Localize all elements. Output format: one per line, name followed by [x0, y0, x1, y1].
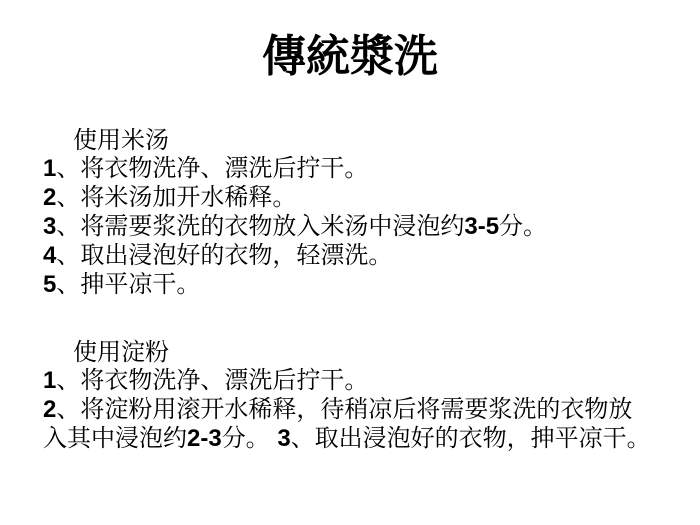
text-line: 2、将米汤加开水稀释。	[43, 183, 683, 212]
bold-number: 2	[43, 184, 56, 211]
text-segment: 分。	[499, 212, 547, 240]
bold-number: 3	[43, 213, 56, 240]
text-line: 5、抻平凉干。	[43, 270, 683, 299]
section-heading: 使用米汤	[43, 126, 683, 154]
text-segment: 、取出浸泡好的衣物，抻平凉干。	[291, 424, 651, 452]
bold-number: 3-5	[464, 213, 499, 240]
text-segment: 、将需要浆洗的衣物放入米汤中浸泡约	[56, 212, 464, 240]
bold-number: 3	[277, 425, 290, 452]
section-2: 使用淀粉1、将衣物洗净、漂洗后拧干。2、将淀粉用滚开水稀释，待稍凉后将需要浆洗的…	[43, 338, 683, 453]
text-line: 1、将衣物洗净、漂洗后拧干。	[43, 366, 683, 395]
slide: 傳統漿洗 使用米汤1、将衣物洗净、漂洗后拧干。2、将米汤加开水稀释。3、将需要浆…	[0, 0, 700, 525]
bold-number: 5	[43, 271, 56, 298]
text-line: 入其中浸泡约2-3分。 3、取出浸泡好的衣物，抻平凉干。	[43, 424, 683, 453]
text-segment: 、将米汤加开水稀释。	[56, 183, 296, 211]
slide-body: 使用米汤1、将衣物洗净、漂洗后拧干。2、将米汤加开水稀释。3、将需要浆洗的衣物放…	[43, 126, 683, 453]
bold-number: 2	[43, 396, 56, 423]
bold-number: 1	[43, 155, 56, 182]
bold-number: 2-3	[187, 425, 222, 452]
section-1: 使用米汤1、将衣物洗净、漂洗后拧干。2、将米汤加开水稀释。3、将需要浆洗的衣物放…	[43, 126, 683, 299]
text-line: 2、将淀粉用滚开水稀释，待稍凉后将需要浆洗的衣物放	[43, 395, 683, 424]
text-segment: 、抻平凉干。	[56, 270, 200, 298]
text-segment: 、将衣物洗净、漂洗后拧干。	[56, 154, 368, 182]
text-segment: 、将衣物洗净、漂洗后拧干。	[56, 366, 368, 394]
text-line: 4、取出浸泡好的衣物，轻漂洗。	[43, 241, 683, 270]
text-line: 3、将需要浆洗的衣物放入米汤中浸泡约3-5分。	[43, 212, 683, 241]
text-segment: 入其中浸泡约	[43, 424, 187, 452]
bold-number: 1	[43, 367, 56, 394]
text-segment: 、将淀粉用滚开水稀释，待稍凉后将需要浆洗的衣物放	[56, 395, 632, 423]
text-segment: 分。	[222, 424, 278, 452]
section-heading: 使用淀粉	[43, 338, 683, 366]
slide-title: 傳統漿洗	[0, 32, 700, 82]
text-line: 1、将衣物洗净、漂洗后拧干。	[43, 154, 683, 183]
text-segment: 、取出浸泡好的衣物，轻漂洗。	[56, 241, 392, 269]
bold-number: 4	[43, 242, 56, 269]
